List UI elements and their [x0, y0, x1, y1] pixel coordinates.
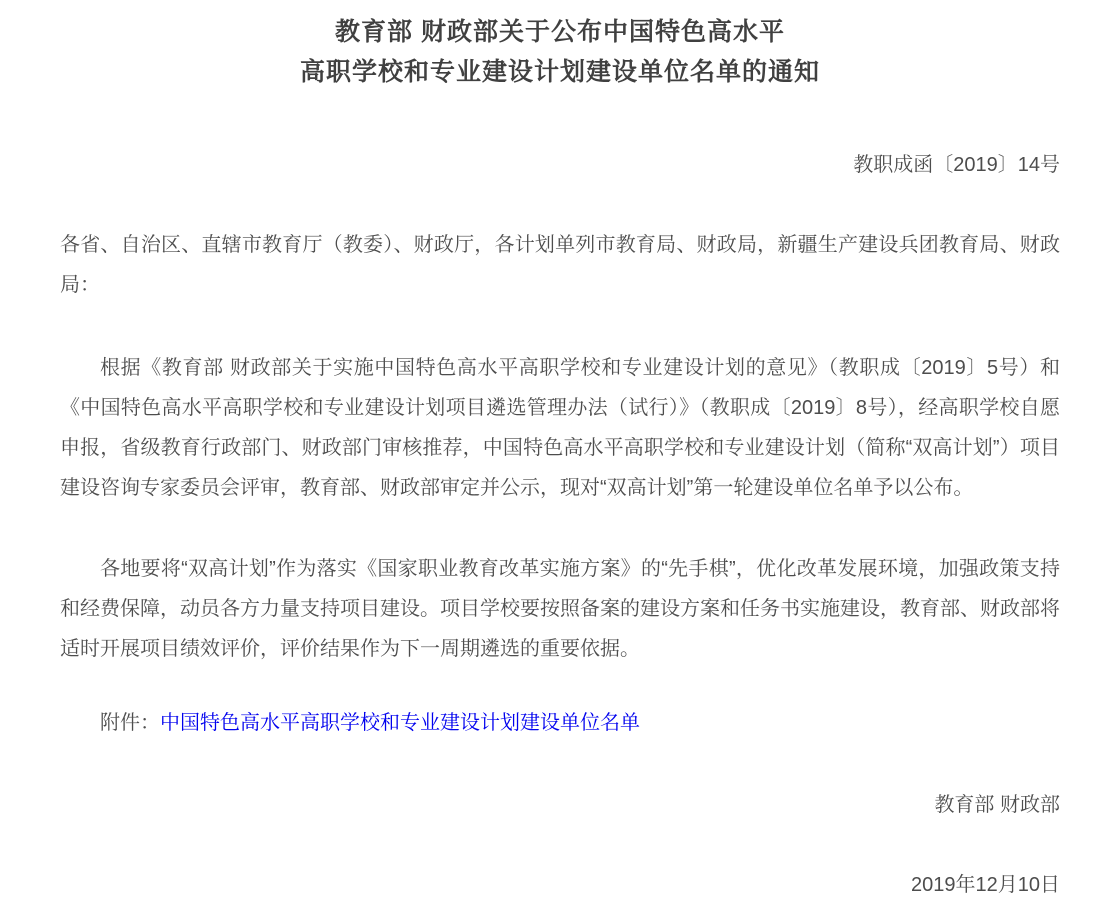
attachment-label: 附件：	[100, 712, 160, 734]
title-line-2: 高职学校和专业建设计划建设单位名单的通知	[60, 52, 1060, 92]
body-paragraph-2: 各地要将“双高计划”作为落实《国家职业教育改革实施方案》的“先手棋”，优化改革发…	[60, 549, 1060, 669]
title-line-1: 教育部 财政部关于公布中国特色高水平	[60, 12, 1060, 52]
signature: 教育部 财政部	[60, 785, 1060, 825]
attachment-link[interactable]: 中国特色高水平高职学校和专业建设计划建设单位名单	[160, 712, 640, 734]
salutation-paragraph: 各省、自治区、直辖市教育厅（教委）、财政厅，各计划单列市教育局、财政局，新疆生产…	[60, 225, 1060, 305]
attachment-row: 附件：中国特色高水平高职学校和专业建设计划建设单位名单	[60, 703, 1060, 743]
notice-document: 教育部 财政部关于公布中国特色高水平 高职学校和专业建设计划建设单位名单的通知 …	[0, 0, 1108, 905]
body-paragraph-1: 根据《教育部 财政部关于实施中国特色高水平高职学校和专业建设计划的意见》（教职成…	[60, 348, 1060, 508]
document-title: 教育部 财政部关于公布中国特色高水平 高职学校和专业建设计划建设单位名单的通知	[60, 12, 1060, 92]
document-number: 教职成函〔2019〕14号	[60, 145, 1060, 185]
date: 2019年12月10日	[60, 865, 1060, 905]
